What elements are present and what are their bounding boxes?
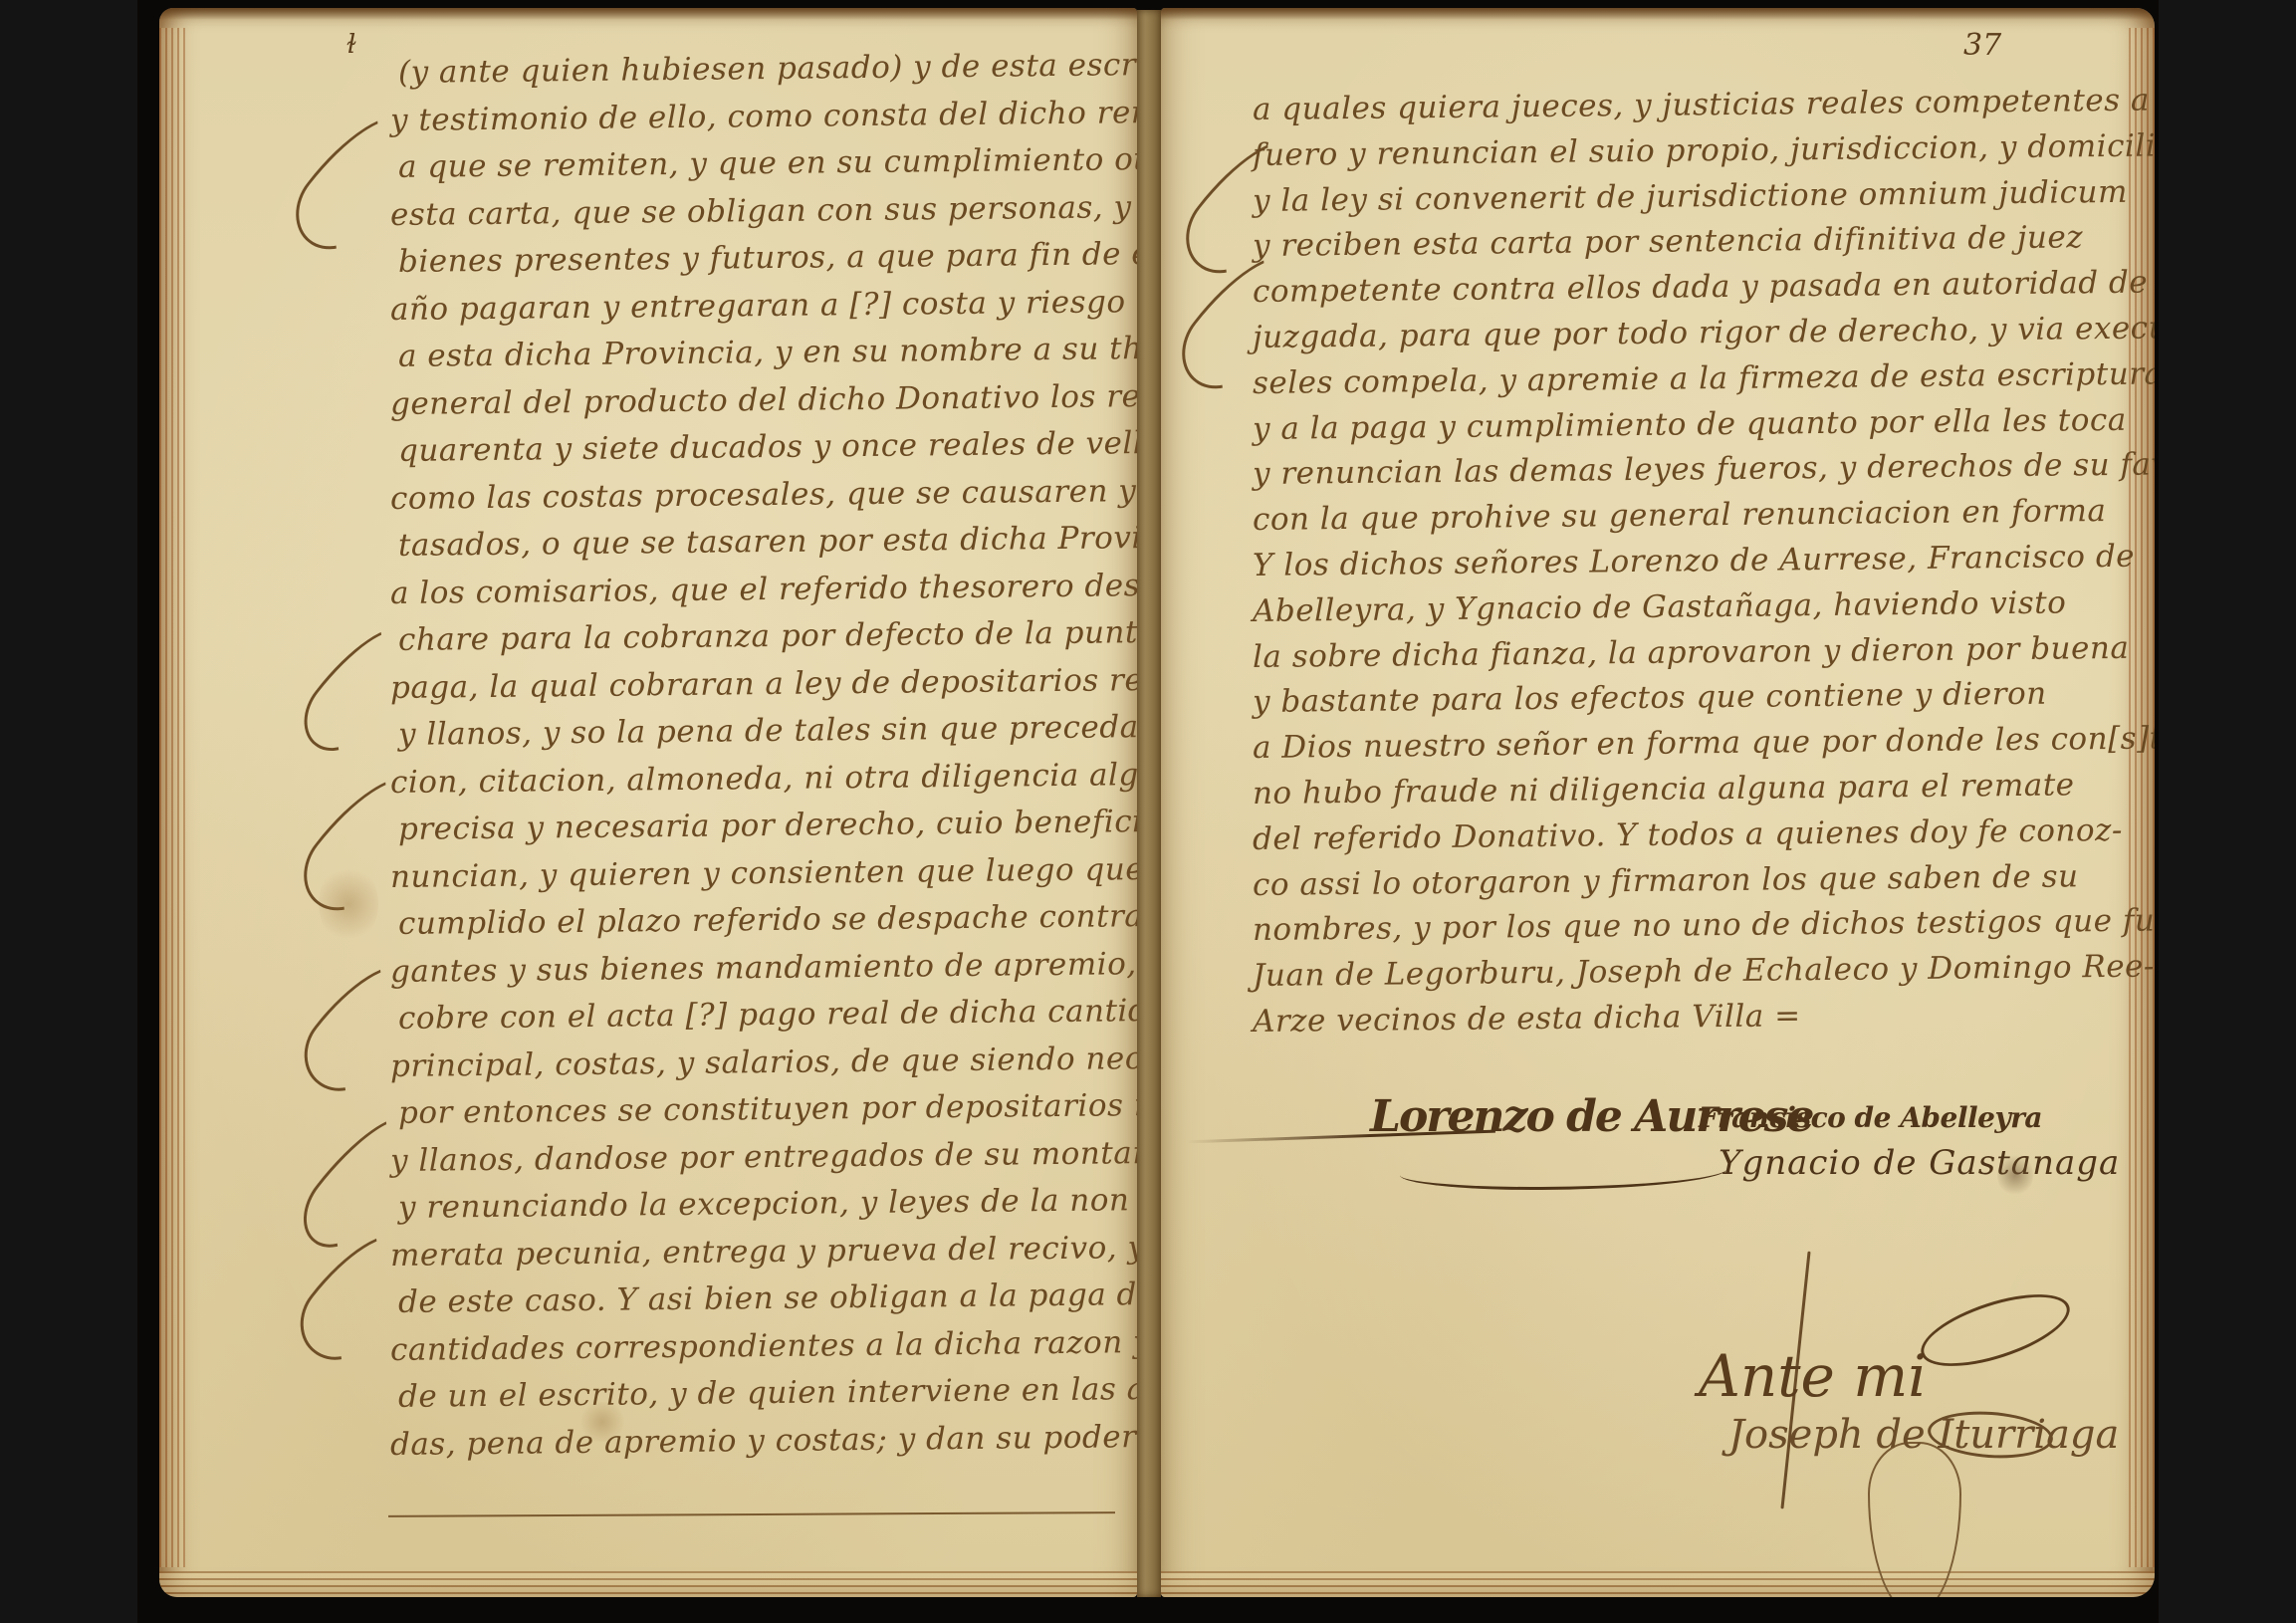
- text-line: bienes presentes y futuros, a que para f…: [390, 228, 1137, 286]
- bottom-page-edge: [1161, 1571, 2155, 1597]
- signature-gastanaga: Ygnacio de Gastanaga: [1719, 1143, 2120, 1183]
- right-page-text: a quales quiera jueces, y justicias real…: [1253, 88, 2155, 1045]
- manuscript-scan: ɫ (y ante quien hubiesen pasado) y de es…: [0, 0, 2296, 1623]
- text-line: cumplido el plazo referido se despache c…: [390, 890, 1137, 948]
- water-stain: [319, 864, 378, 944]
- text-line: quarenta y siete ducados y once reales d…: [390, 417, 1137, 475]
- left-page-text: (y ante quien hubiesen pasado) y de esta…: [390, 50, 1137, 1469]
- closing-rule: [388, 1511, 1115, 1517]
- binding-gutter: [1137, 10, 1161, 1597]
- notary-flourish-loop: [1913, 1279, 2078, 1380]
- text-line: cobre con el acta [?] pago real de dicha…: [390, 985, 1137, 1043]
- text-line: precisa y necesaria por derecho, cuio be…: [390, 796, 1137, 853]
- text-line: chare para la cobranza por defecto de la…: [390, 606, 1137, 664]
- text-line: de este caso. Y asi bien se obligan a la…: [390, 1269, 1137, 1326]
- notary-rubric-bulb: [1868, 1442, 1961, 1597]
- text-line: Arze vecinos de esta dicha Villa =: [1253, 990, 2155, 1045]
- stacked-leaf-edge: [159, 28, 185, 1567]
- notary-ante-mi: Ante mi: [1699, 1342, 1927, 1410]
- signature-underline: [1400, 1153, 1728, 1190]
- notary-signature: Joseph de Iturriaga: [1728, 1412, 2119, 1458]
- signature-abelleyra: Francisco de Abelleyra: [1699, 1101, 2042, 1134]
- ink-blot: [1997, 1153, 2033, 1197]
- text-line: por entonces se constituyen por deposita…: [390, 1079, 1137, 1137]
- text-line: de un el escrito, y de quien interviene …: [390, 1363, 1137, 1421]
- text-line: (y ante quien hubiesen pasado) y de esta…: [390, 39, 1137, 97]
- bottom-page-edge: [159, 1571, 1137, 1597]
- folio-number: 37: [1963, 28, 2001, 63]
- text-line: a esta dicha Provincia, y en su nombre a…: [390, 323, 1137, 380]
- right-page: 37 a quales quiera jueces, y justicias r…: [1161, 8, 2155, 1597]
- top-page-edge: [1161, 8, 2155, 20]
- top-page-edge: [159, 8, 1137, 20]
- text-line: tasados, o que se tasaren por esta dicha…: [390, 512, 1137, 570]
- text-line: y renunciando la excepcion, y leyes de l…: [390, 1174, 1137, 1232]
- text-line: a que se remiten, y que en su cumplimien…: [390, 133, 1137, 191]
- text-line: y llanos, y so la pena de tales sin que …: [390, 701, 1137, 759]
- folio-mark: ɫ: [346, 30, 356, 60]
- left-page: ɫ (y ante quien hubiesen pasado) y de es…: [159, 8, 1137, 1597]
